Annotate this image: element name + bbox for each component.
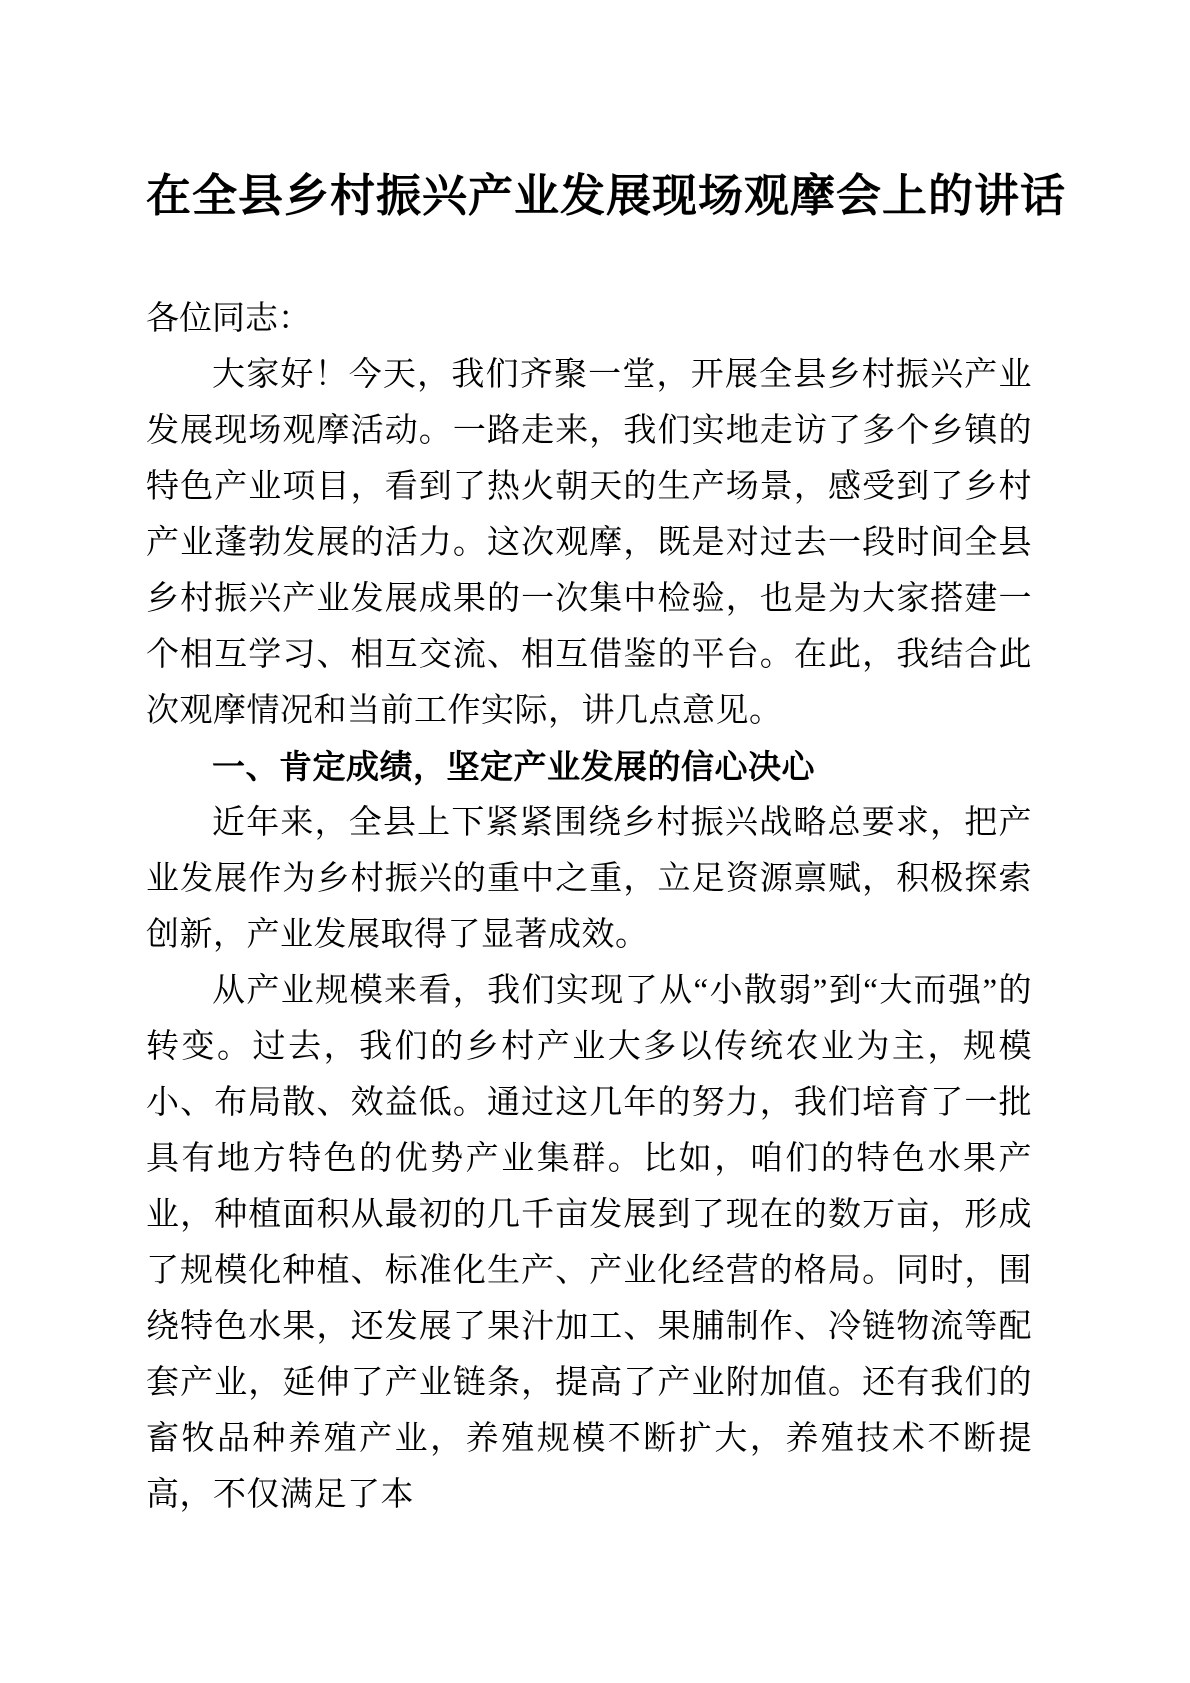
- document-title: 在全县乡村振兴产业发展现场观摩会上的讲话: [146, 165, 1032, 227]
- paragraph-opening: 大家好！今天，我们齐聚一堂，开展全县乡村振兴产业发展现场观摩活动。一路走来，我们…: [146, 347, 1032, 739]
- section-heading-1: 一、肯定成绩，坚定产业发展的信心决心: [146, 739, 1032, 795]
- paragraph-achievements-overview: 近年来，全县上下紧紧围绕乡村振兴战略总要求，把产业发展作为乡村振兴的重中之重，立…: [146, 795, 1032, 963]
- paragraph-industry-scale: 从产业规模来看，我们实现了从“小散弱”到“大而强”的转变。过去，我们的乡村产业大…: [146, 963, 1032, 1523]
- document-content: 在全县乡村振兴产业发展现场观摩会上的讲话 各位同志： 大家好！今天，我们齐聚一堂…: [146, 165, 1032, 1523]
- salutation: 各位同志：: [146, 291, 1032, 347]
- document-page: 在全县乡村振兴产业发展现场观摩会上的讲话 各位同志： 大家好！今天，我们齐聚一堂…: [0, 0, 1190, 1683]
